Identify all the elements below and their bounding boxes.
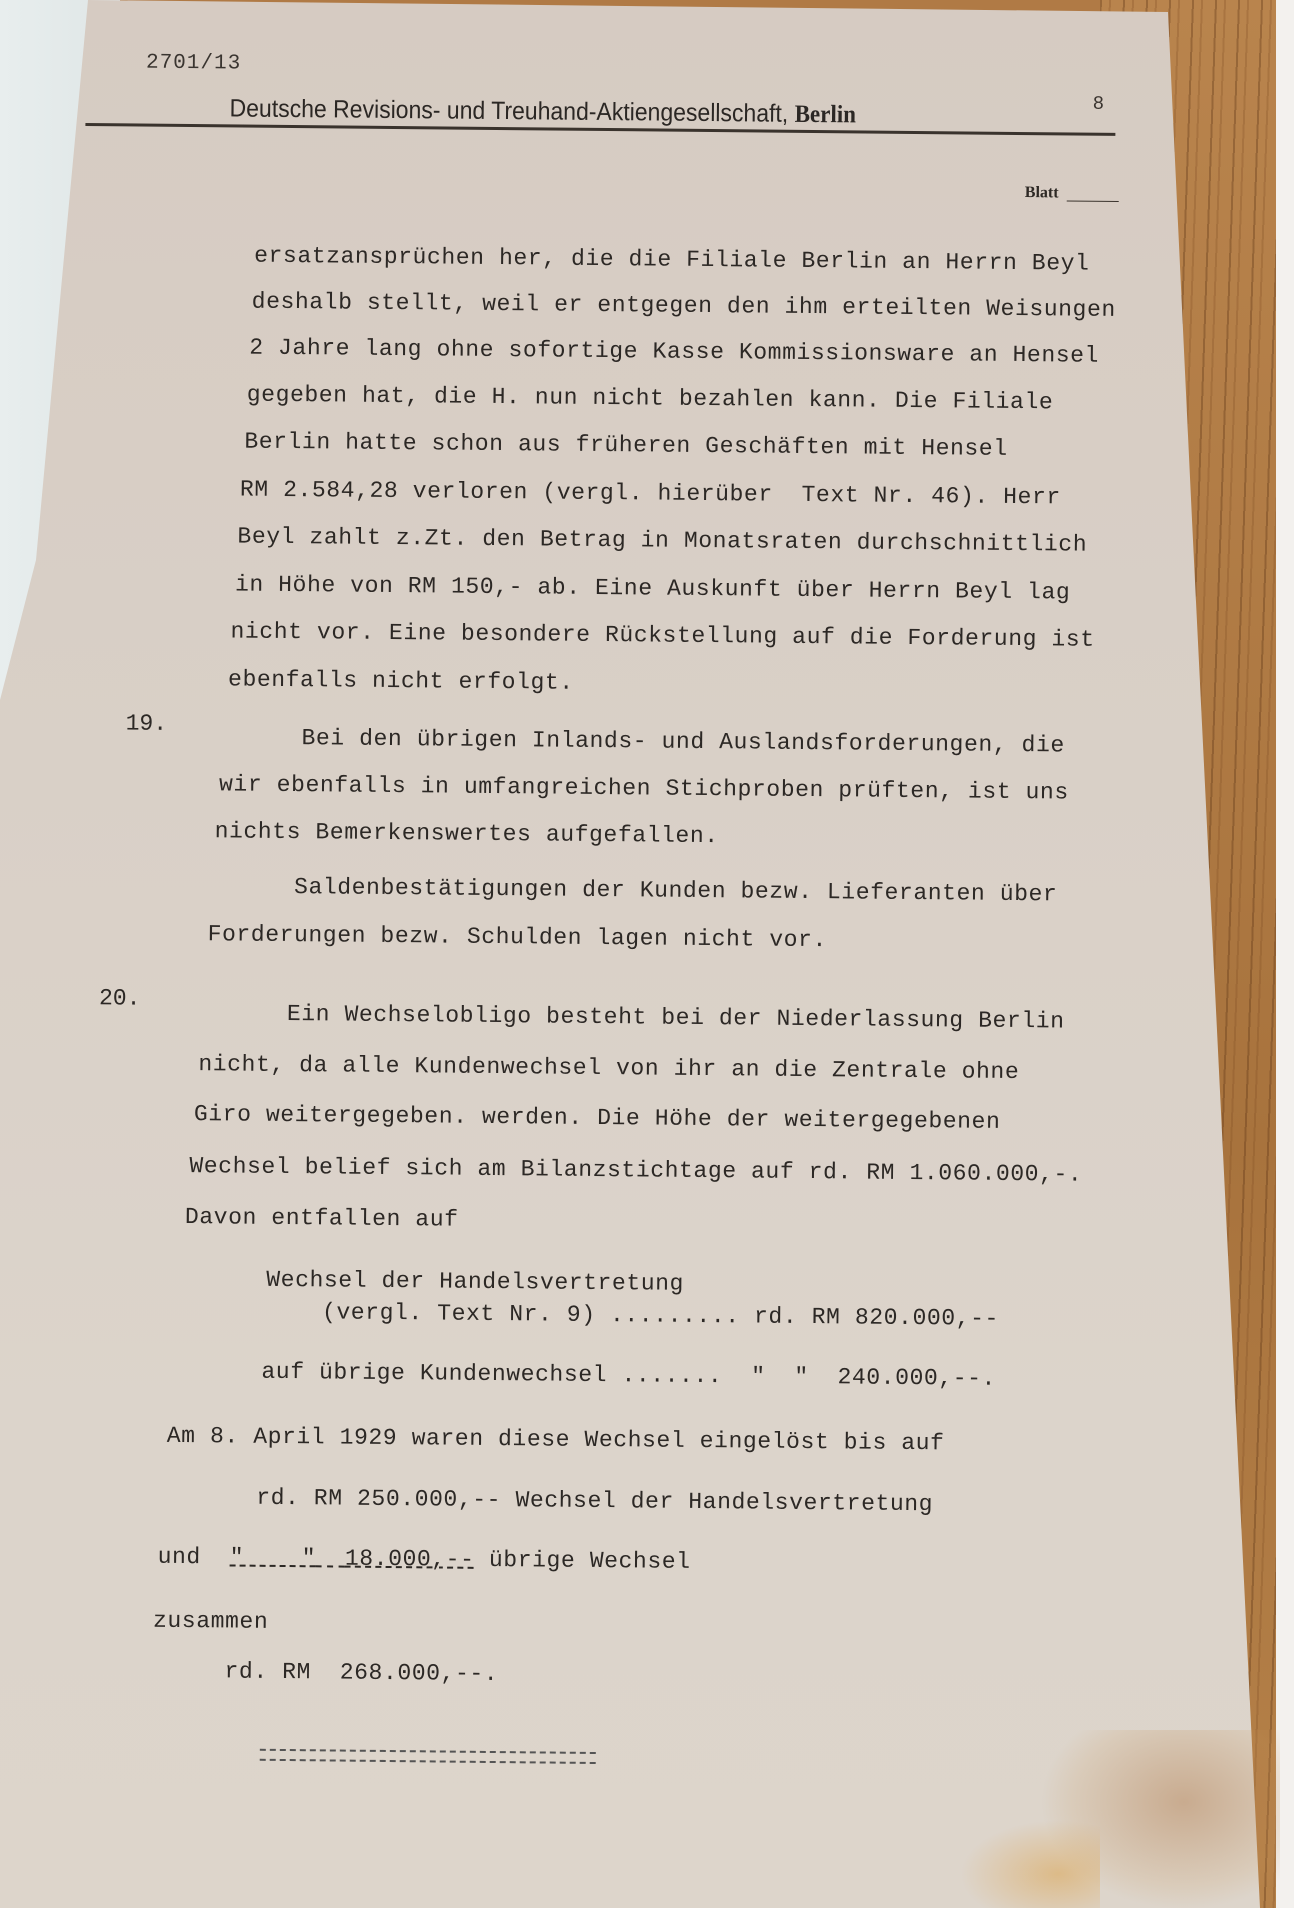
reference-number: 2701/13 bbox=[146, 52, 241, 76]
text-line: Berlin hatte schon aus früheren Geschäft… bbox=[244, 429, 1008, 462]
breakdown-label: (vergl. Text Nr. 9) ......... rd. RM 820… bbox=[322, 1299, 999, 1331]
section-number-19: 19. bbox=[126, 710, 168, 736]
text-line: Beyl zahlt z.Zt. den Betrag in Monatsrat… bbox=[237, 524, 1087, 558]
remaining-row: und " " 18.000,-- übrige Wechsel bbox=[158, 1544, 691, 1575]
text-line: Forderungen bezw. Schulden lagen nicht v… bbox=[208, 921, 828, 953]
text-line: Bei den übrigen Inlands- und Auslandsfor… bbox=[301, 725, 1065, 758]
text-line: wir ebenfalls in umfangreichen Stichprob… bbox=[219, 771, 1069, 805]
remaining-row: rd. RM 250.000,-- Wechsel der Handelsver… bbox=[256, 1485, 933, 1517]
text-line: Giro weitergegeben. werden. Die Höhe der… bbox=[194, 1101, 1001, 1135]
total-label: zusammen bbox=[153, 1608, 268, 1635]
amount: 250.000,-- bbox=[357, 1486, 501, 1513]
text-line: Davon entfallen auf bbox=[185, 1204, 459, 1233]
text-line: gegeben hat, die H. nun nicht bezahlen k… bbox=[247, 382, 1054, 416]
text-line: 2 Jahre lang ohne sofortige Kasse Kommis… bbox=[249, 335, 1099, 369]
text-line: RM 2.584,28 verloren (vergl. hierüber Te… bbox=[240, 477, 1061, 511]
text-line: nicht, da alle Kundenwechsel von ihr an … bbox=[198, 1051, 1019, 1085]
amount: 820.000,-- bbox=[855, 1304, 999, 1331]
letterhead-city: Berlin bbox=[795, 101, 857, 129]
double-underline bbox=[260, 1749, 596, 1764]
text-line: ersatzansprüchen her, die die Filiale Be… bbox=[254, 243, 1090, 277]
blatt-blank-line bbox=[1067, 200, 1119, 201]
amount: 240.000,--. bbox=[837, 1364, 996, 1392]
text-line: Saldenbestätigungen der Kunden bezw. Lie… bbox=[294, 874, 1058, 907]
breakdown-label: Wechsel der Handelsvertretung bbox=[266, 1267, 684, 1297]
document-content: 2701/13 Deutsche Revisions- und Treuhand… bbox=[0, 0, 1294, 1908]
text-line: nichts Bemerkenswertes aufgefallen. bbox=[215, 818, 719, 849]
amount: 18.000,-- bbox=[345, 1546, 475, 1573]
text-line: Ein Wechselobligo besteht bei der Nieder… bbox=[287, 1001, 1065, 1034]
breakdown-row: auf übrige Kundenwechsel ....... " " 240… bbox=[261, 1359, 996, 1392]
letterhead-company: Deutsche Revisions- und Treuhand-Aktieng… bbox=[229, 94, 788, 127]
text-line: Wechsel belief sich am Bilanzstichtage a… bbox=[189, 1153, 1082, 1188]
text-line: nicht vor. Eine besondere Rückstellung a… bbox=[230, 618, 1094, 652]
letterhead-title: Deutsche Revisions- und Treuhand-Aktieng… bbox=[229, 94, 856, 129]
blatt-label: Blatt bbox=[1025, 184, 1059, 202]
text-line: ebenfalls nicht erfolgt. bbox=[228, 666, 574, 695]
section-number-20: 20. bbox=[99, 985, 141, 1011]
text-line: in Höhe von RM 150,- ab. Eine Auskunft ü… bbox=[235, 571, 1071, 605]
total-row: rd. RM 268.000,--. bbox=[224, 1658, 498, 1687]
text-line: deshalb stellt, weil er entgegen den ihm… bbox=[252, 289, 1116, 323]
text-line: Am 8. April 1929 waren diese Wechsel ein… bbox=[167, 1423, 945, 1456]
total-amount: 268.000,--. bbox=[340, 1660, 499, 1688]
page-number: 8 bbox=[1093, 93, 1105, 115]
